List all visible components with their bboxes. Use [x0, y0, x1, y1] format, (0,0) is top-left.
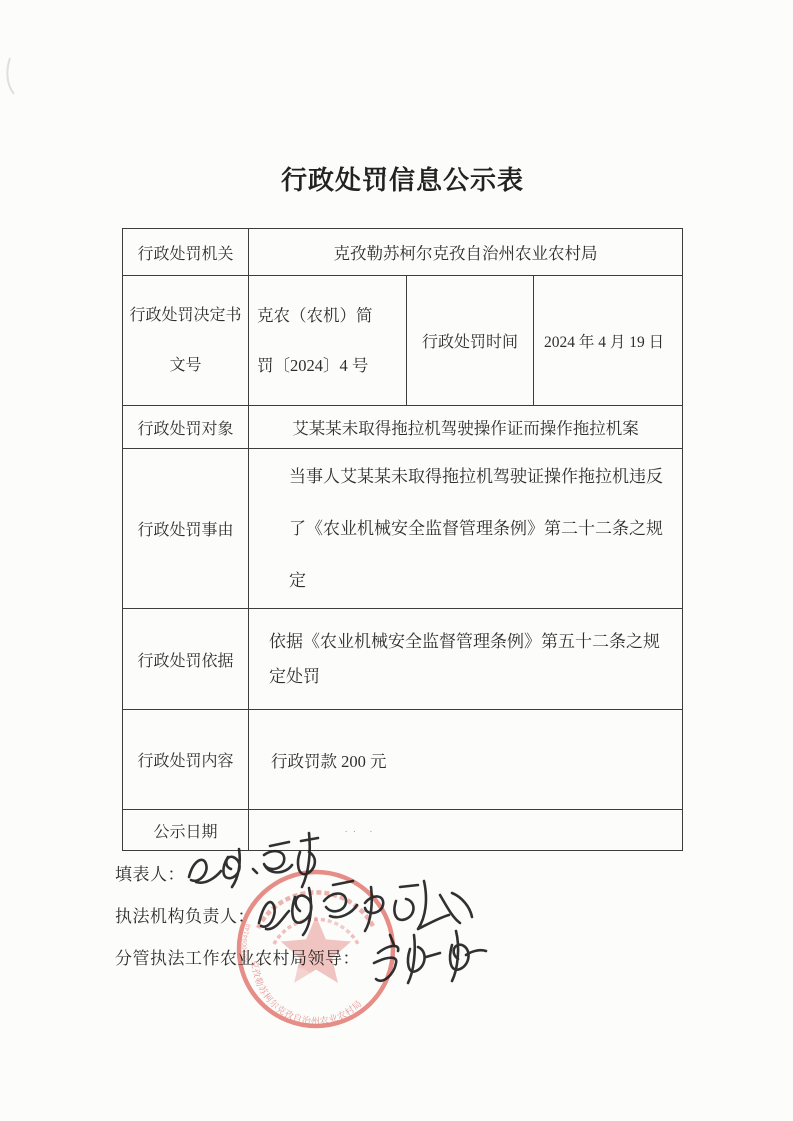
row-value: 艾某某未取得拖拉机驾驶操作证而操作拖拉机案 — [248, 406, 682, 448]
penalty-time-label: 行政处罚时间 — [406, 276, 533, 405]
penalty-info-table: 行政处罚机关 克孜勒苏柯尔克孜自治州农业农村局 行政处罚决定书文号 克农（农机）… — [122, 228, 683, 851]
row-value: 行政罚款 200 元 — [248, 710, 682, 809]
table-row-penalty-target: 行政处罚对象 艾某某未取得拖拉机驾驶操作证而操作拖拉机案 — [123, 405, 682, 448]
page-title: 行政处罚信息公示表 — [122, 160, 683, 197]
row-value — [248, 810, 682, 850]
table-row-decision-doc: 行政处罚决定书文号 克农（农机）简罚〔2024〕4 号 行政处罚时间 2024 … — [123, 275, 682, 405]
faint-scan-specks: .. . — [345, 824, 378, 834]
row-label: 行政处罚事由 — [123, 449, 248, 608]
row-label: 行政处罚决定书文号 — [123, 276, 248, 405]
form-filler-label: 填表人： — [115, 860, 185, 885]
row-value: 依据《农业机械安全监督管理条例》第五十二条之规定处罚 — [248, 609, 682, 709]
row-value: 当事人艾某某未取得拖拉机驾驶证操作拖拉机违反了《农业机械安全监督管理条例》第二十… — [248, 449, 682, 608]
seal-fade-blob — [282, 968, 314, 1000]
row-label: 公示日期 — [123, 810, 248, 850]
table-row-penalty-basis: 行政处罚依据 依据《农业机械安全监督管理条例》第五十二条之规定处罚 — [123, 608, 682, 709]
scanned-document-page: 行政处罚信息公示表 行政处罚机关 克孜勒苏柯尔克孜自治州农业农村局 行政处罚决定… — [0, 0, 793, 1121]
row-label: 行政处罚机关 — [123, 229, 248, 275]
official-red-seal: 克孜勒苏柯尔克孜自治州农业农村局 00010094148 — [228, 864, 404, 1036]
penalty-time-value: 2024 年 4 月 19 日 — [533, 276, 682, 405]
seal-fade-blob — [328, 912, 352, 936]
table-row-penalty-content: 行政处罚内容 行政罚款 200 元 — [123, 709, 682, 809]
table-row-penalty-agency: 行政处罚机关 克孜勒苏柯尔克孜自治州农业农村局 — [123, 229, 682, 275]
table-row-publish-date: 公示日期 — [123, 809, 682, 850]
row-label: 行政处罚依据 — [123, 609, 248, 709]
decision-doc-number: 克农（农机）简罚〔2024〕4 号 — [248, 276, 406, 405]
table-row-penalty-reason: 行政处罚事由 当事人艾某某未取得拖拉机驾驶证操作拖拉机违反了《农业机械安全监督管… — [123, 448, 682, 608]
row-label: 行政处罚内容 — [123, 710, 248, 809]
row-label: 行政处罚对象 — [123, 406, 248, 448]
row-value: 克孜勒苏柯尔克孜自治州农业农村局 — [248, 229, 682, 275]
